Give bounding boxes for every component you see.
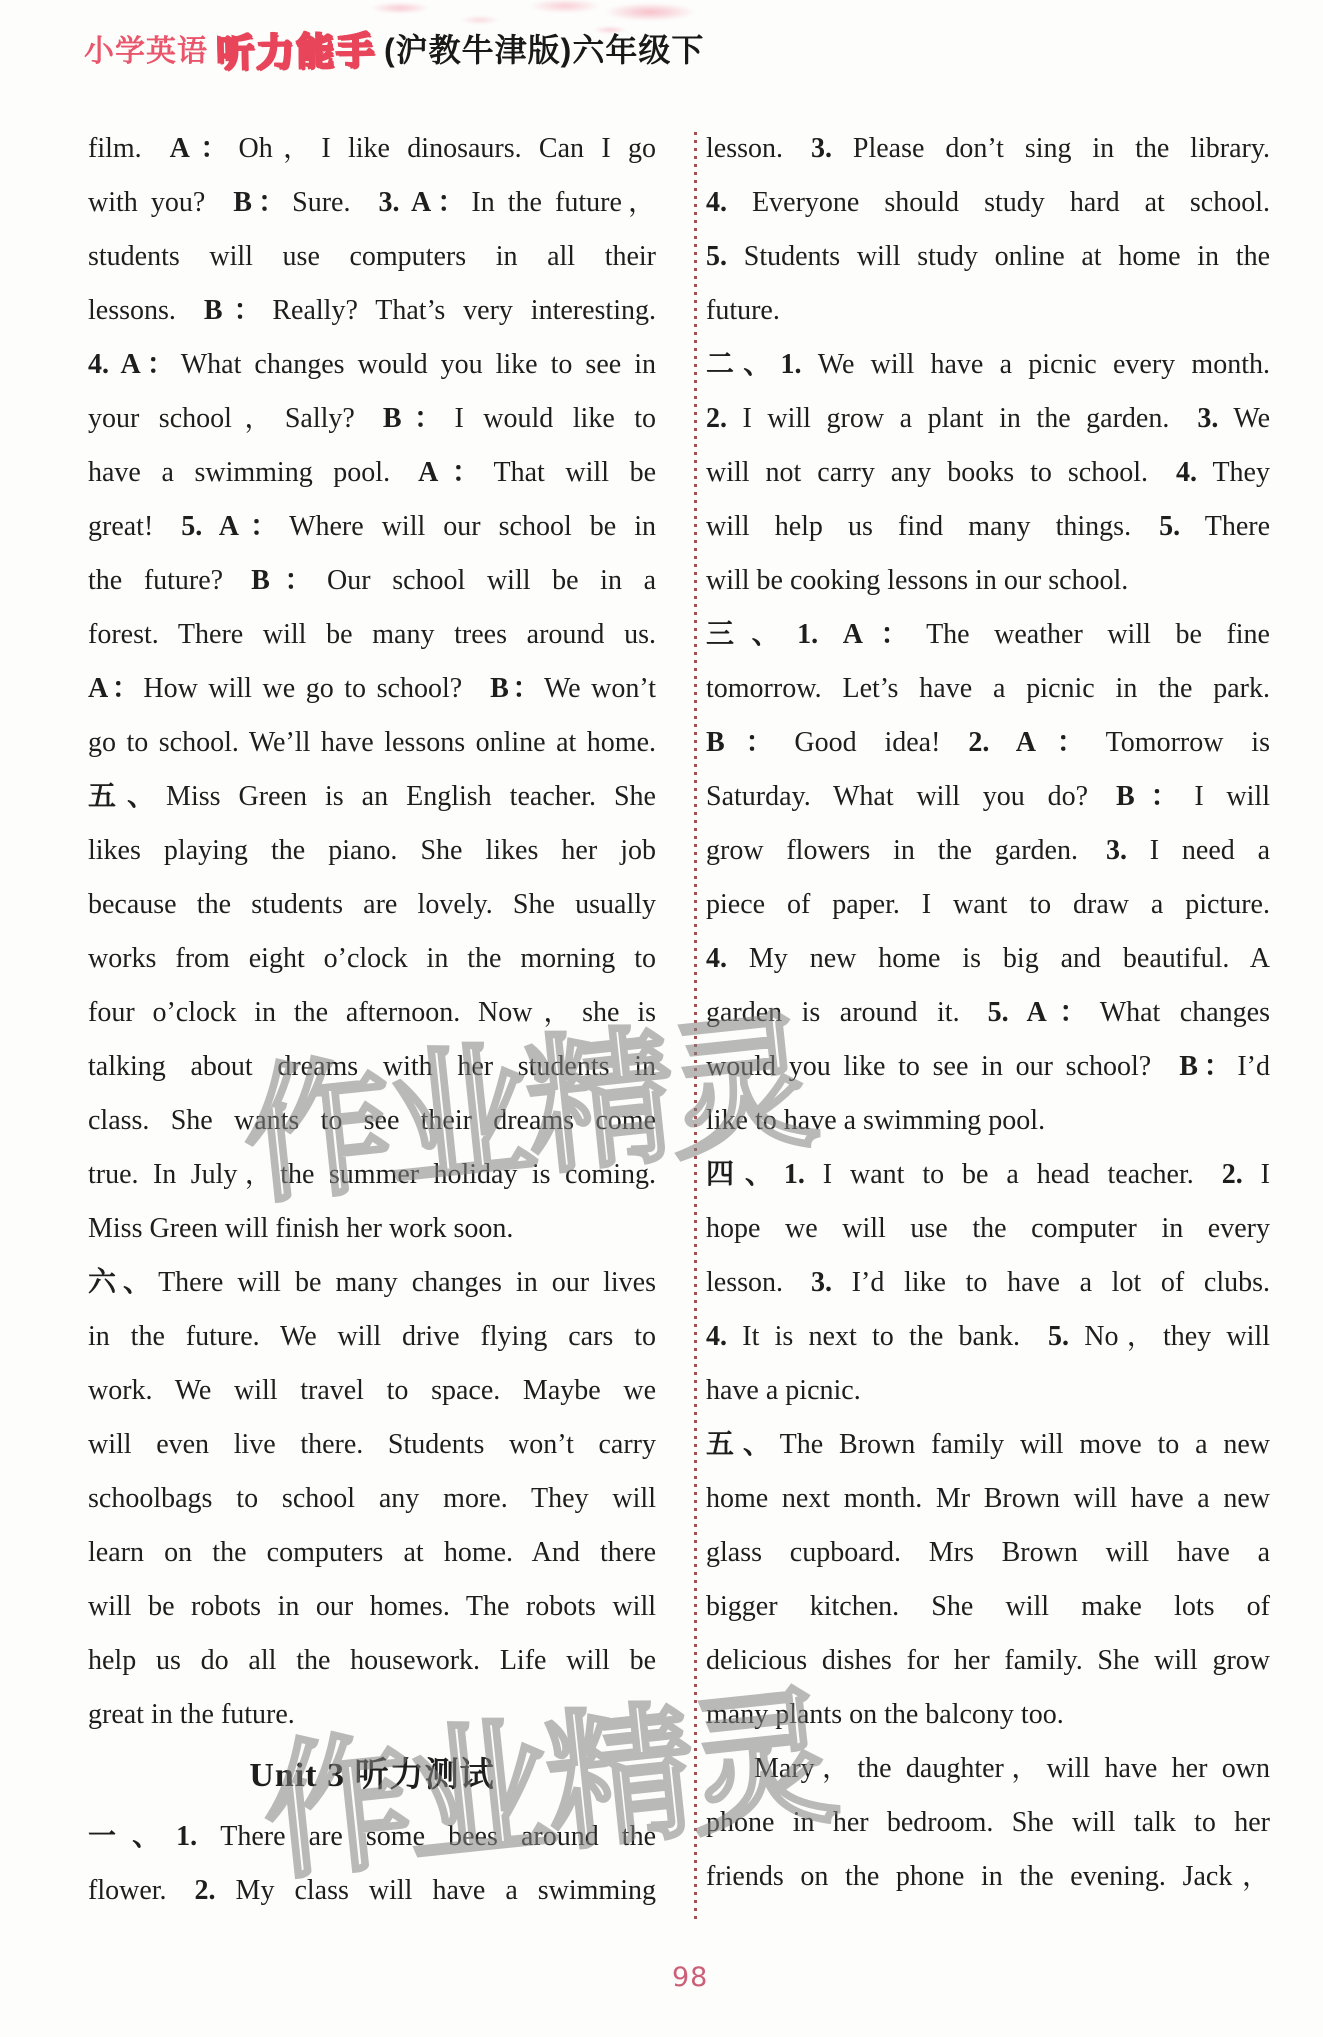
text-run: future. (706, 295, 780, 326)
bold-marker: B： (1179, 1051, 1237, 1082)
scan-noise-speckles (360, 0, 700, 42)
column-left: film. A：Oh，I like dinosaurs. Can I gowit… (88, 122, 656, 1918)
text-run: help us do all the housework. Life will … (88, 1645, 656, 1676)
bold-marker: B： (251, 565, 327, 596)
text-run: I will (1194, 781, 1270, 812)
text-run: It is next to the bank. (727, 1321, 1048, 1352)
bold-marker: 五、 (706, 1429, 780, 1460)
bold-marker: 2. A： (968, 727, 1105, 758)
text-line: B：Good idea! 2. A：Tomorrow is (706, 716, 1270, 770)
bold-marker: 4. (706, 943, 727, 974)
text-run: I would like to (454, 403, 656, 434)
text-run: will be robots in our homes. The robots … (88, 1591, 656, 1622)
text-line: work. We will travel to space. Maybe we (88, 1364, 656, 1418)
bold-marker: 5. A： (181, 511, 289, 542)
text-run: I’d like to have a lot of clubs. (832, 1267, 1270, 1298)
text-run: garden is around it. (706, 997, 988, 1028)
text-line: have a picnic. (706, 1364, 1270, 1418)
bold-marker: B： (490, 673, 544, 704)
text-run: talking about dreams with her students i… (88, 1051, 656, 1082)
bold-marker: B： (204, 295, 272, 326)
bold-marker: 一、1. (88, 1821, 197, 1852)
text-run: because the students are lovely. She usu… (88, 889, 656, 920)
text-line: would you like to see in our school? B：I… (706, 1040, 1270, 1094)
bold-marker: 5. (1048, 1321, 1069, 1352)
text-line: because the students are lovely. She usu… (88, 878, 656, 932)
text-run: schoolbags to school any more. They will (88, 1483, 656, 1514)
text-run: We will have a picnic every month. (802, 349, 1270, 380)
text-line: talking about dreams with her students i… (88, 1040, 656, 1094)
text-run: have a swimming pool. (88, 457, 418, 488)
text-line: 二、1. We will have a picnic every month. (706, 338, 1270, 392)
text-run: Sure. (292, 187, 378, 218)
text-line: bigger kitchen. She will make lots of (706, 1580, 1270, 1634)
text-run: will even live there. Students won’t car… (88, 1429, 656, 1460)
text-run: Saturday. What will you do? (706, 781, 1116, 812)
text-line: learn on the computers at home. And ther… (88, 1526, 656, 1580)
text-line: 4. A：What changes would you like to see … (88, 338, 656, 392)
text-line: home next month. Mr Brown will have a ne… (706, 1472, 1270, 1526)
text-run: forest. There will be many trees around … (88, 619, 656, 650)
text-line: class. She wants to see their dreams com… (88, 1094, 656, 1148)
bold-marker: 3. (1106, 835, 1127, 866)
bold-marker: A： (170, 133, 239, 164)
text-run: hope we will use the computer in every (706, 1213, 1270, 1244)
section-heading: Unit 3 听力测试 (88, 1742, 656, 1810)
text-line: hope we will use the computer in every (706, 1202, 1270, 1256)
text-line: flower. 2. My class will have a swimming (88, 1864, 656, 1918)
text-run: likes playing the piano. She likes her j… (88, 835, 656, 866)
bold-marker: 5. A： (988, 997, 1100, 1028)
bold-marker: 五、 (88, 781, 166, 812)
text-run: class. She wants to see their dreams com… (88, 1105, 656, 1136)
text-line: phone in her bedroom. She will talk to h… (706, 1796, 1270, 1850)
text-run: friends on the phone in the evening. Jac… (706, 1861, 1270, 1892)
text-run: students will use computers in all their (88, 241, 656, 272)
bold-marker: 3. A： (378, 187, 471, 218)
text-line: will not carry any books to school. 4. T… (706, 446, 1270, 500)
text-run: have a picnic. (706, 1375, 861, 1406)
text-run: film. (88, 133, 170, 164)
text-line: glass cupboard. Mrs Brown will have a (706, 1526, 1270, 1580)
bold-marker: 二、1. (706, 349, 802, 380)
text-run: Mary，the daughter，will have her own (754, 1753, 1270, 1784)
text-run: four o’clock in the afternoon. Now，she i… (88, 997, 656, 1028)
text-line: lesson. 3. I’d like to have a lot of clu… (706, 1256, 1270, 1310)
text-line: in the future. We will drive flying cars… (88, 1310, 656, 1364)
text-run: There are some bees around the (197, 1821, 656, 1852)
bold-marker: 4. (706, 187, 727, 218)
text-run: What changes would you like to see in (181, 349, 656, 380)
bold-marker: 3. (1197, 403, 1218, 434)
text-run: like to have a swimming pool. (706, 1105, 1045, 1136)
text-run: great! (88, 511, 181, 542)
text-run: In the future， (471, 187, 656, 218)
text-line: true. In July，the summer holiday is comi… (88, 1148, 656, 1202)
text-run: delicious dishes for her family. She wil… (706, 1645, 1270, 1676)
bold-marker: 四、1. (706, 1159, 805, 1190)
bold-marker: 3. (811, 1267, 832, 1298)
bold-marker: B： (706, 727, 794, 758)
text-run: glass cupboard. Mrs Brown will have a (706, 1537, 1270, 1568)
text-run: tomorrow. Let’s have a picnic in the par… (706, 673, 1270, 704)
text-line: schoolbags to school any more. They will (88, 1472, 656, 1526)
text-run: What changes (1100, 997, 1270, 1028)
text-line: film. A：Oh，I like dinosaurs. Can I go (88, 122, 656, 176)
text-run: Our school will be in a (327, 565, 656, 596)
text-run: The Brown family will move to a new (780, 1429, 1270, 1460)
text-run: My new home is big and beautiful. A (727, 943, 1270, 974)
bold-marker: B： (383, 403, 455, 434)
page-number: 98 (672, 1962, 708, 1993)
text-run: How will we go to school? (143, 673, 490, 704)
bold-marker: 4. (706, 1321, 727, 1352)
text-line: 五、The Brown family will move to a new (706, 1418, 1270, 1472)
text-line: forest. There will be many trees around … (88, 608, 656, 662)
text-line: lesson. 3. Please don’t sing in the libr… (706, 122, 1270, 176)
text-run: in the future. We will drive flying cars… (88, 1321, 656, 1352)
bold-marker: B： (1116, 781, 1194, 812)
text-run: great in the future. (88, 1699, 295, 1730)
text-line: Saturday. What will you do? B：I will (706, 770, 1270, 824)
text-line: will even live there. Students won’t car… (88, 1418, 656, 1472)
text-run: your school，Sally? (88, 403, 383, 434)
text-run: bigger kitchen. She will make lots of (706, 1591, 1270, 1622)
text-line: with you? B：Sure. 3. A：In the future， (88, 176, 656, 230)
text-run: Miss Green is an English teacher. She (166, 781, 656, 812)
text-line: grow flowers in the garden. 3. I need a (706, 824, 1270, 878)
text-line: 5. Students will study online at home in… (706, 230, 1270, 284)
text-run: No，they will (1069, 1321, 1270, 1352)
text-run: home next month. Mr Brown will have a ne… (706, 1483, 1270, 1514)
text-run: phone in her bedroom. She will talk to h… (706, 1807, 1270, 1838)
text-run: I’d (1237, 1051, 1270, 1082)
text-line: 4. My new home is big and beautiful. A (706, 932, 1270, 986)
text-run: Students will study online at home in th… (727, 241, 1270, 272)
text-line: Mary，the daughter，will have her own (706, 1742, 1270, 1796)
text-run: Miss Green will finish her work soon. (88, 1213, 513, 1244)
text-run: grow flowers in the garden. (706, 835, 1106, 866)
text-run: I want to be a head teacher. (805, 1159, 1222, 1190)
bold-marker: B： (233, 187, 292, 218)
text-run: They (1197, 457, 1270, 488)
text-line: works from eight o’clock in the morning … (88, 932, 656, 986)
text-line: piece of paper. I want to draw a picture… (706, 878, 1270, 932)
text-line: 五、Miss Green is an English teacher. She (88, 770, 656, 824)
text-line: will be cooking lessons in our school. (706, 554, 1270, 608)
text-line: 四、1. I want to be a head teacher. 2. I (706, 1148, 1270, 1202)
text-run: Where will our school be in (289, 511, 656, 542)
text-run: My class will have a swimming (216, 1875, 656, 1906)
text-run: flower. (88, 1875, 195, 1906)
header-brand-logo: 听力能手 (216, 19, 377, 77)
text-line: the future? B：Our school will be in a (88, 554, 656, 608)
text-line: go to school. We’ll have lessons online … (88, 716, 656, 770)
text-line: A：How will we go to school? B：We won’t (88, 662, 656, 716)
text-line: great in the future. (88, 1688, 656, 1742)
text-run: I (1243, 1159, 1270, 1190)
text-run: Really? That’s very interesting. (272, 295, 656, 326)
text-line: will be robots in our homes. The robots … (88, 1580, 656, 1634)
text-run: There (1180, 511, 1270, 542)
text-run: Oh，I like dinosaurs. Can I go (239, 133, 656, 164)
text-run: We (1218, 403, 1270, 434)
text-line: 4. It is next to the bank. 5. No，they wi… (706, 1310, 1270, 1364)
bold-marker: 2. (706, 403, 727, 434)
text-run: true. In July，the summer holiday is comi… (88, 1159, 656, 1190)
text-line: delicious dishes for her family. She wil… (706, 1634, 1270, 1688)
column-divider-dotted-line (694, 132, 697, 1924)
text-line: great! 5. A：Where will our school be in (88, 500, 656, 554)
text-line: your school，Sally? B：I would like to (88, 392, 656, 446)
text-run: lesson. (706, 133, 811, 164)
text-line: students will use computers in all their (88, 230, 656, 284)
bold-marker: 5. (706, 241, 727, 272)
text-line: like to have a swimming pool. (706, 1094, 1270, 1148)
text-line: help us do all the housework. Life will … (88, 1634, 656, 1688)
text-run: learn on the computers at home. And ther… (88, 1537, 656, 1568)
text-line: garden is around it. 5. A：What changes (706, 986, 1270, 1040)
bold-marker: 三、1. A： (706, 619, 926, 650)
text-run: works from eight o’clock in the morning … (88, 943, 656, 974)
text-run: lessons. (88, 295, 204, 326)
text-run: Please don’t sing in the library. (832, 133, 1270, 164)
bold-marker: A： (88, 673, 143, 704)
text-run: will help us find many things. (706, 511, 1159, 542)
text-run: many plants on the balcony too. (706, 1699, 1064, 1730)
bold-marker: 4. A： (88, 349, 181, 380)
text-run: Everyone should study hard at school. (727, 187, 1270, 218)
text-line: four o’clock in the afternoon. Now，she i… (88, 986, 656, 1040)
text-run: There will be many changes in our lives (158, 1267, 656, 1298)
text-run: The weather will be fine (926, 619, 1270, 650)
text-line: have a swimming pool. A：That will be (88, 446, 656, 500)
bold-marker: 2. (1222, 1159, 1243, 1190)
text-run: work. We will travel to space. Maybe we (88, 1375, 656, 1406)
text-run: I will grow a plant in the garden. (727, 403, 1197, 434)
text-run: will not carry any books to school. (706, 457, 1176, 488)
text-line: will help us find many things. 5. There (706, 500, 1270, 554)
text-run: piece of paper. I want to draw a picture… (706, 889, 1270, 920)
text-line: tomorrow. Let’s have a picnic in the par… (706, 662, 1270, 716)
bold-marker: 3. (811, 133, 832, 164)
text-run: I need a (1127, 835, 1270, 866)
text-line: lessons. B：Really? That’s very interesti… (88, 284, 656, 338)
text-line: 2. I will grow a plant in the garden. 3.… (706, 392, 1270, 446)
bold-marker: 5. (1159, 511, 1180, 542)
scanned-answer-page: 小学英语 听力能手 (沪教牛津版)六年级下 film. A：Oh，I like … (0, 0, 1323, 2037)
text-run: go to school. We’ll have lessons online … (88, 727, 656, 758)
text-run: the future? (88, 565, 251, 596)
text-run: We won’t (544, 673, 656, 704)
bold-marker: A： (418, 457, 493, 488)
bold-marker: 2. (195, 1875, 216, 1906)
text-line: 4. Everyone should study hard at school. (706, 176, 1270, 230)
text-line: 六、There will be many changes in our live… (88, 1256, 656, 1310)
bold-marker: 六、 (88, 1267, 158, 1298)
text-line: 三、1. A：The weather will be fine (706, 608, 1270, 662)
text-line: friends on the phone in the evening. Jac… (706, 1850, 1270, 1904)
text-line: likes playing the piano. She likes her j… (88, 824, 656, 878)
text-run: will be cooking lessons in our school. (706, 565, 1128, 596)
bold-marker: 4. (1176, 457, 1197, 488)
text-line: many plants on the balcony too. (706, 1688, 1270, 1742)
text-run: Tomorrow is (1106, 727, 1270, 758)
text-run: Good idea! (794, 727, 968, 758)
column-right: lesson. 3. Please don’t sing in the libr… (706, 122, 1270, 1904)
header-series-label: 小学英语 (84, 26, 208, 70)
text-run: lesson. (706, 1267, 811, 1298)
text-line: 一、1. There are some bees around the (88, 1810, 656, 1864)
text-line: Miss Green will finish her work soon. (88, 1202, 656, 1256)
text-run: would you like to see in our school? (706, 1051, 1179, 1082)
text-run: with you? (88, 187, 233, 218)
text-line: future. (706, 284, 1270, 338)
text-run: That will be (494, 457, 657, 488)
